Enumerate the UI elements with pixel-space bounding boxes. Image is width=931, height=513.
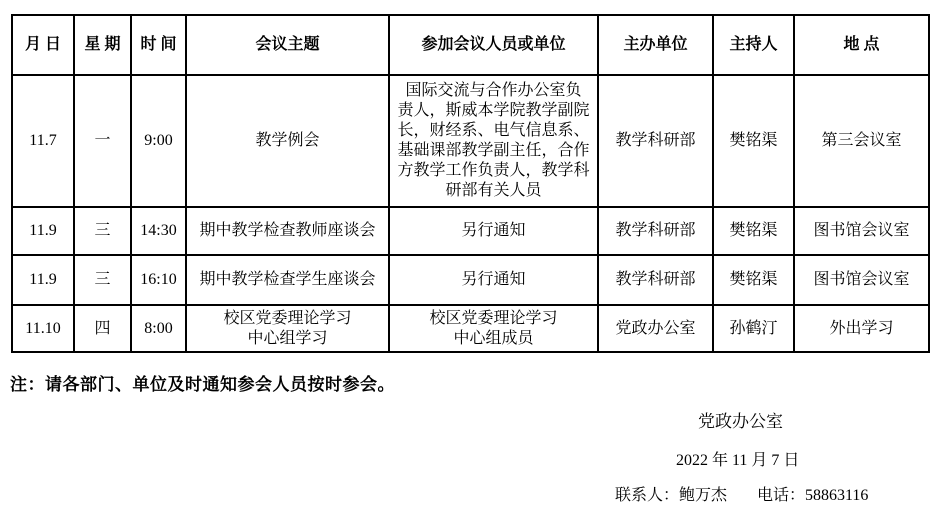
cell-host: 樊铭渠	[713, 75, 794, 207]
cell-location: 图书馆会议室	[794, 255, 929, 305]
cell-organizer: 党政办公室	[598, 305, 713, 352]
cell-time: 8:00	[131, 305, 186, 352]
cell-weekday: 四	[74, 305, 131, 352]
header-location: 地 点	[794, 15, 929, 75]
cell-date: 11.9	[12, 207, 74, 255]
cell-organizer: 教学科研部	[598, 255, 713, 305]
cell-participants: 另行通知	[389, 255, 598, 305]
cell-participants: 校区党委理论学习 中心组成员	[389, 305, 598, 352]
cell-weekday: 三	[74, 255, 131, 305]
table-header-row: 月 日 星 期 时 间 会议主题 参加会议人员或单位 主办单位 主持人 地 点	[12, 15, 929, 75]
header-host: 主持人	[713, 15, 794, 75]
cell-topic: 期中教学检查学生座谈会	[186, 255, 389, 305]
table-row: 11.10 四 8:00 校区党委理论学习 中心组学习 校区党委理论学习 中心组…	[12, 305, 929, 352]
cell-location: 第三会议室	[794, 75, 929, 207]
cell-location: 图书馆会议室	[794, 207, 929, 255]
contact-line: 联系人：鲍万杰电话：58863116	[615, 482, 868, 505]
signature-department: 党政办公室	[698, 407, 783, 432]
signature-date: 2022 年 11 月 7 日	[676, 447, 799, 470]
cell-weekday: 三	[74, 207, 131, 255]
cell-date: 11.7	[12, 75, 74, 207]
header-topic: 会议主题	[186, 15, 389, 75]
header-time: 时 间	[131, 15, 186, 75]
header-weekday: 星 期	[74, 15, 131, 75]
cell-weekday: 一	[74, 75, 131, 207]
cell-time: 9:00	[131, 75, 186, 207]
cell-time: 14:30	[131, 207, 186, 255]
cell-host: 孙鹤汀	[713, 305, 794, 352]
note-line: 注：请各部门、单位及时通知参会人员按时参会。	[10, 370, 395, 395]
contact-phone: 电话：58863116	[757, 487, 868, 504]
cell-participants: 国际交流与合作办公室负 责人，斯威本学院教学副院 长，财经系、电气信息系、 基础…	[389, 75, 598, 207]
cell-location: 外出学习	[794, 305, 929, 352]
cell-organizer: 教学科研部	[598, 207, 713, 255]
cell-topic: 期中教学检查教师座谈会	[186, 207, 389, 255]
contact-person: 联系人：鲍万杰	[615, 487, 727, 504]
cell-date: 11.10	[12, 305, 74, 352]
table-row: 11.9 三 14:30 期中教学检查教师座谈会 另行通知 教学科研部 樊铭渠 …	[12, 207, 929, 255]
cell-time: 16:10	[131, 255, 186, 305]
cell-organizer: 教学科研部	[598, 75, 713, 207]
header-organizer: 主办单位	[598, 15, 713, 75]
cell-topic: 教学例会	[186, 75, 389, 207]
cell-host: 樊铭渠	[713, 207, 794, 255]
meeting-schedule-table: 月 日 星 期 时 间 会议主题 参加会议人员或单位 主办单位 主持人 地 点 …	[11, 14, 930, 353]
cell-host: 樊铭渠	[713, 255, 794, 305]
header-participants: 参加会议人员或单位	[389, 15, 598, 75]
table-row: 11.7 一 9:00 教学例会 国际交流与合作办公室负 责人，斯威本学院教学副…	[12, 75, 929, 207]
cell-date: 11.9	[12, 255, 74, 305]
meeting-notice-document: 月 日 星 期 时 间 会议主题 参加会议人员或单位 主办单位 主持人 地 点 …	[0, 0, 931, 513]
cell-participants: 另行通知	[389, 207, 598, 255]
header-month-day: 月 日	[12, 15, 74, 75]
table-row: 11.9 三 16:10 期中教学检查学生座谈会 另行通知 教学科研部 樊铭渠 …	[12, 255, 929, 305]
cell-topic: 校区党委理论学习 中心组学习	[186, 305, 389, 352]
